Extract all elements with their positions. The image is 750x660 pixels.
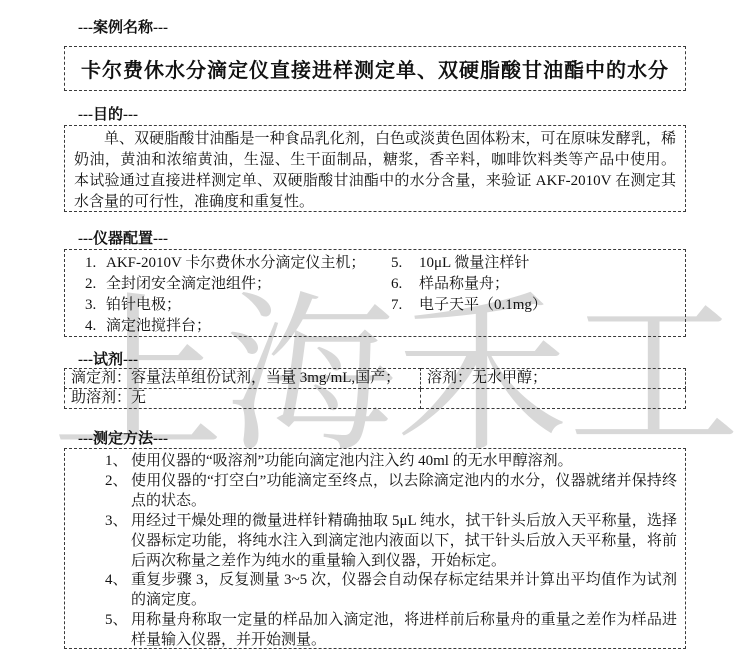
item-text: AKF-2010V 卡尔费休水分滴定仪主机； [106,255,365,271]
item-number: 6. [391,274,419,295]
document-page: 上海禾工 ---案例名称--- 卡尔费休水分滴定仪直接进样测定单、双硬脂酸甘油酯… [0,0,750,660]
item-number: 4. [85,316,106,337]
instrument-config-box: 1.AKF-2010V 卡尔费休水分滴定仪主机； 2.全封闭安全滴定池组件； 3… [64,249,686,337]
step-text: 使用仪器的“打空白”功能滴定至终点，以去除滴定池内的水分，仪器就绪并保持终点的状… [131,472,677,512]
item-text: 滴定池搅拌台； [106,318,211,334]
step-number: 5、 [105,611,131,651]
method-step: 2、 使用仪器的“打空白”功能滴定至终点，以去除滴定池内的水分，仪器就绪并保持终… [105,472,677,512]
purpose-line: 奶油，黄油和浓缩黄油，生湿、生干面制品，糖浆，香辛料，咖啡饮料类等产品中使用。 [74,150,676,171]
method-step: 3、 用经过干燥处理的微量进样针精确抽取 5μL 纯水，拭干针头后放入天平称量，… [105,512,677,572]
item-number: 3. [85,295,106,316]
purpose-line: 水含量的可行性，准确度和重复性。 [74,192,676,213]
instrument-item: 5.10μL 微量注样针 [391,253,547,274]
section-heading-case-name: ---案例名称--- [78,20,168,36]
item-text: 全封闭安全滴定池组件； [106,276,271,292]
item-number: 1. [85,253,106,274]
instrument-item: 1.AKF-2010V 卡尔费休水分滴定仪主机； [85,253,365,274]
purpose-line: 单、双硬脂酸甘油酯是一种食品乳化剂，白色或淡黄色固体粉末，可在原味发酵乳，稀 [74,129,676,150]
purpose-line: 本试验通过直接进样测定单、双硬脂酸甘油酯中的水分含量，来验证 AKF-2010V… [74,171,676,192]
section-heading-instruments: ---仪器配置--- [78,231,168,247]
reagent-cell-empty [421,389,686,409]
step-text: 用经过干燥处理的微量进样针精确抽取 5μL 纯水，拭干针头后放入天平称量，选择仪… [131,512,677,572]
item-number: 7. [391,295,419,316]
item-text: 铂针电极； [106,297,181,313]
method-step: 4、 重复步骤 3，反复测量 3~5 次，仪器会自动保存标定结果并计算出平均值作… [105,571,677,611]
case-title-box: 卡尔费休水分滴定仪直接进样测定单、双硬脂酸甘油酯中的水分 [64,46,686,91]
step-number: 2、 [105,472,131,512]
case-title: 卡尔费休水分滴定仪直接进样测定单、双硬脂酸甘油酯中的水分 [81,54,669,83]
reagent-cell-titrant: 滴定剂：容量法单组份试剂，当量 3mg/mL,国产； [65,369,421,389]
step-number: 3、 [105,512,131,572]
reagent-cell-solvent: 溶剂：无水甲醇； [421,369,686,389]
step-number: 1、 [105,452,131,472]
table-row: 助溶剂：无 [65,389,686,409]
table-row: 滴定剂：容量法单组份试剂，当量 3mg/mL,国产； 溶剂：无水甲醇； [65,369,686,389]
step-text: 重复步骤 3，反复测量 3~5 次，仪器会自动保存标定结果并计算出平均值作为试剂… [131,571,677,611]
item-number: 2. [85,274,106,295]
instrument-item: 4.滴定池搅拌台； [85,316,365,337]
reagent-table: 滴定剂：容量法单组份试剂，当量 3mg/mL,国产； 溶剂：无水甲醇； 助溶剂：… [64,368,686,409]
reagent-cell-cosolvent: 助溶剂：无 [65,389,421,409]
section-heading-reagents: ---试剂--- [78,352,138,368]
section-heading-method: ---测定方法--- [78,431,168,447]
item-number: 5. [391,253,419,274]
instrument-list-right: 5.10μL 微量注样针 6.样品称量舟； 7.电子天平（0.1mg） [391,253,547,316]
purpose-box: 单、双硬脂酸甘油酯是一种食品乳化剂，白色或淡黄色固体粉末，可在原味发酵乳，稀 奶… [64,125,686,212]
method-box: 1、 使用仪器的“吸溶剂”功能向滴定池内注入约 40ml 的无水甲醇溶剂。 2、… [64,448,686,649]
instrument-item: 3.铂针电极； [85,295,365,316]
instrument-list-left: 1.AKF-2010V 卡尔费休水分滴定仪主机； 2.全封闭安全滴定池组件； 3… [85,253,365,337]
section-heading-purpose: ---目的--- [78,107,138,123]
instrument-item: 2.全封闭安全滴定池组件； [85,274,365,295]
instrument-item: 7.电子天平（0.1mg） [391,295,547,316]
step-text: 使用仪器的“吸溶剂”功能向滴定池内注入约 40ml 的无水甲醇溶剂。 [131,452,677,472]
item-text: 10μL 微量注样针 [419,255,529,271]
step-number: 4、 [105,571,131,611]
instrument-item: 6.样品称量舟； [391,274,547,295]
step-text: 用称量舟称取一定量的样品加入滴定池，将进样前后称量舟的重量之差作为样品进样量输入… [131,611,677,651]
method-step: 1、 使用仪器的“吸溶剂”功能向滴定池内注入约 40ml 的无水甲醇溶剂。 [105,452,677,472]
item-text: 电子天平（0.1mg） [419,297,547,313]
method-step: 5、 用称量舟称取一定量的样品加入滴定池，将进样前后称量舟的重量之差作为样品进样… [105,611,677,651]
item-text: 样品称量舟； [419,276,509,292]
